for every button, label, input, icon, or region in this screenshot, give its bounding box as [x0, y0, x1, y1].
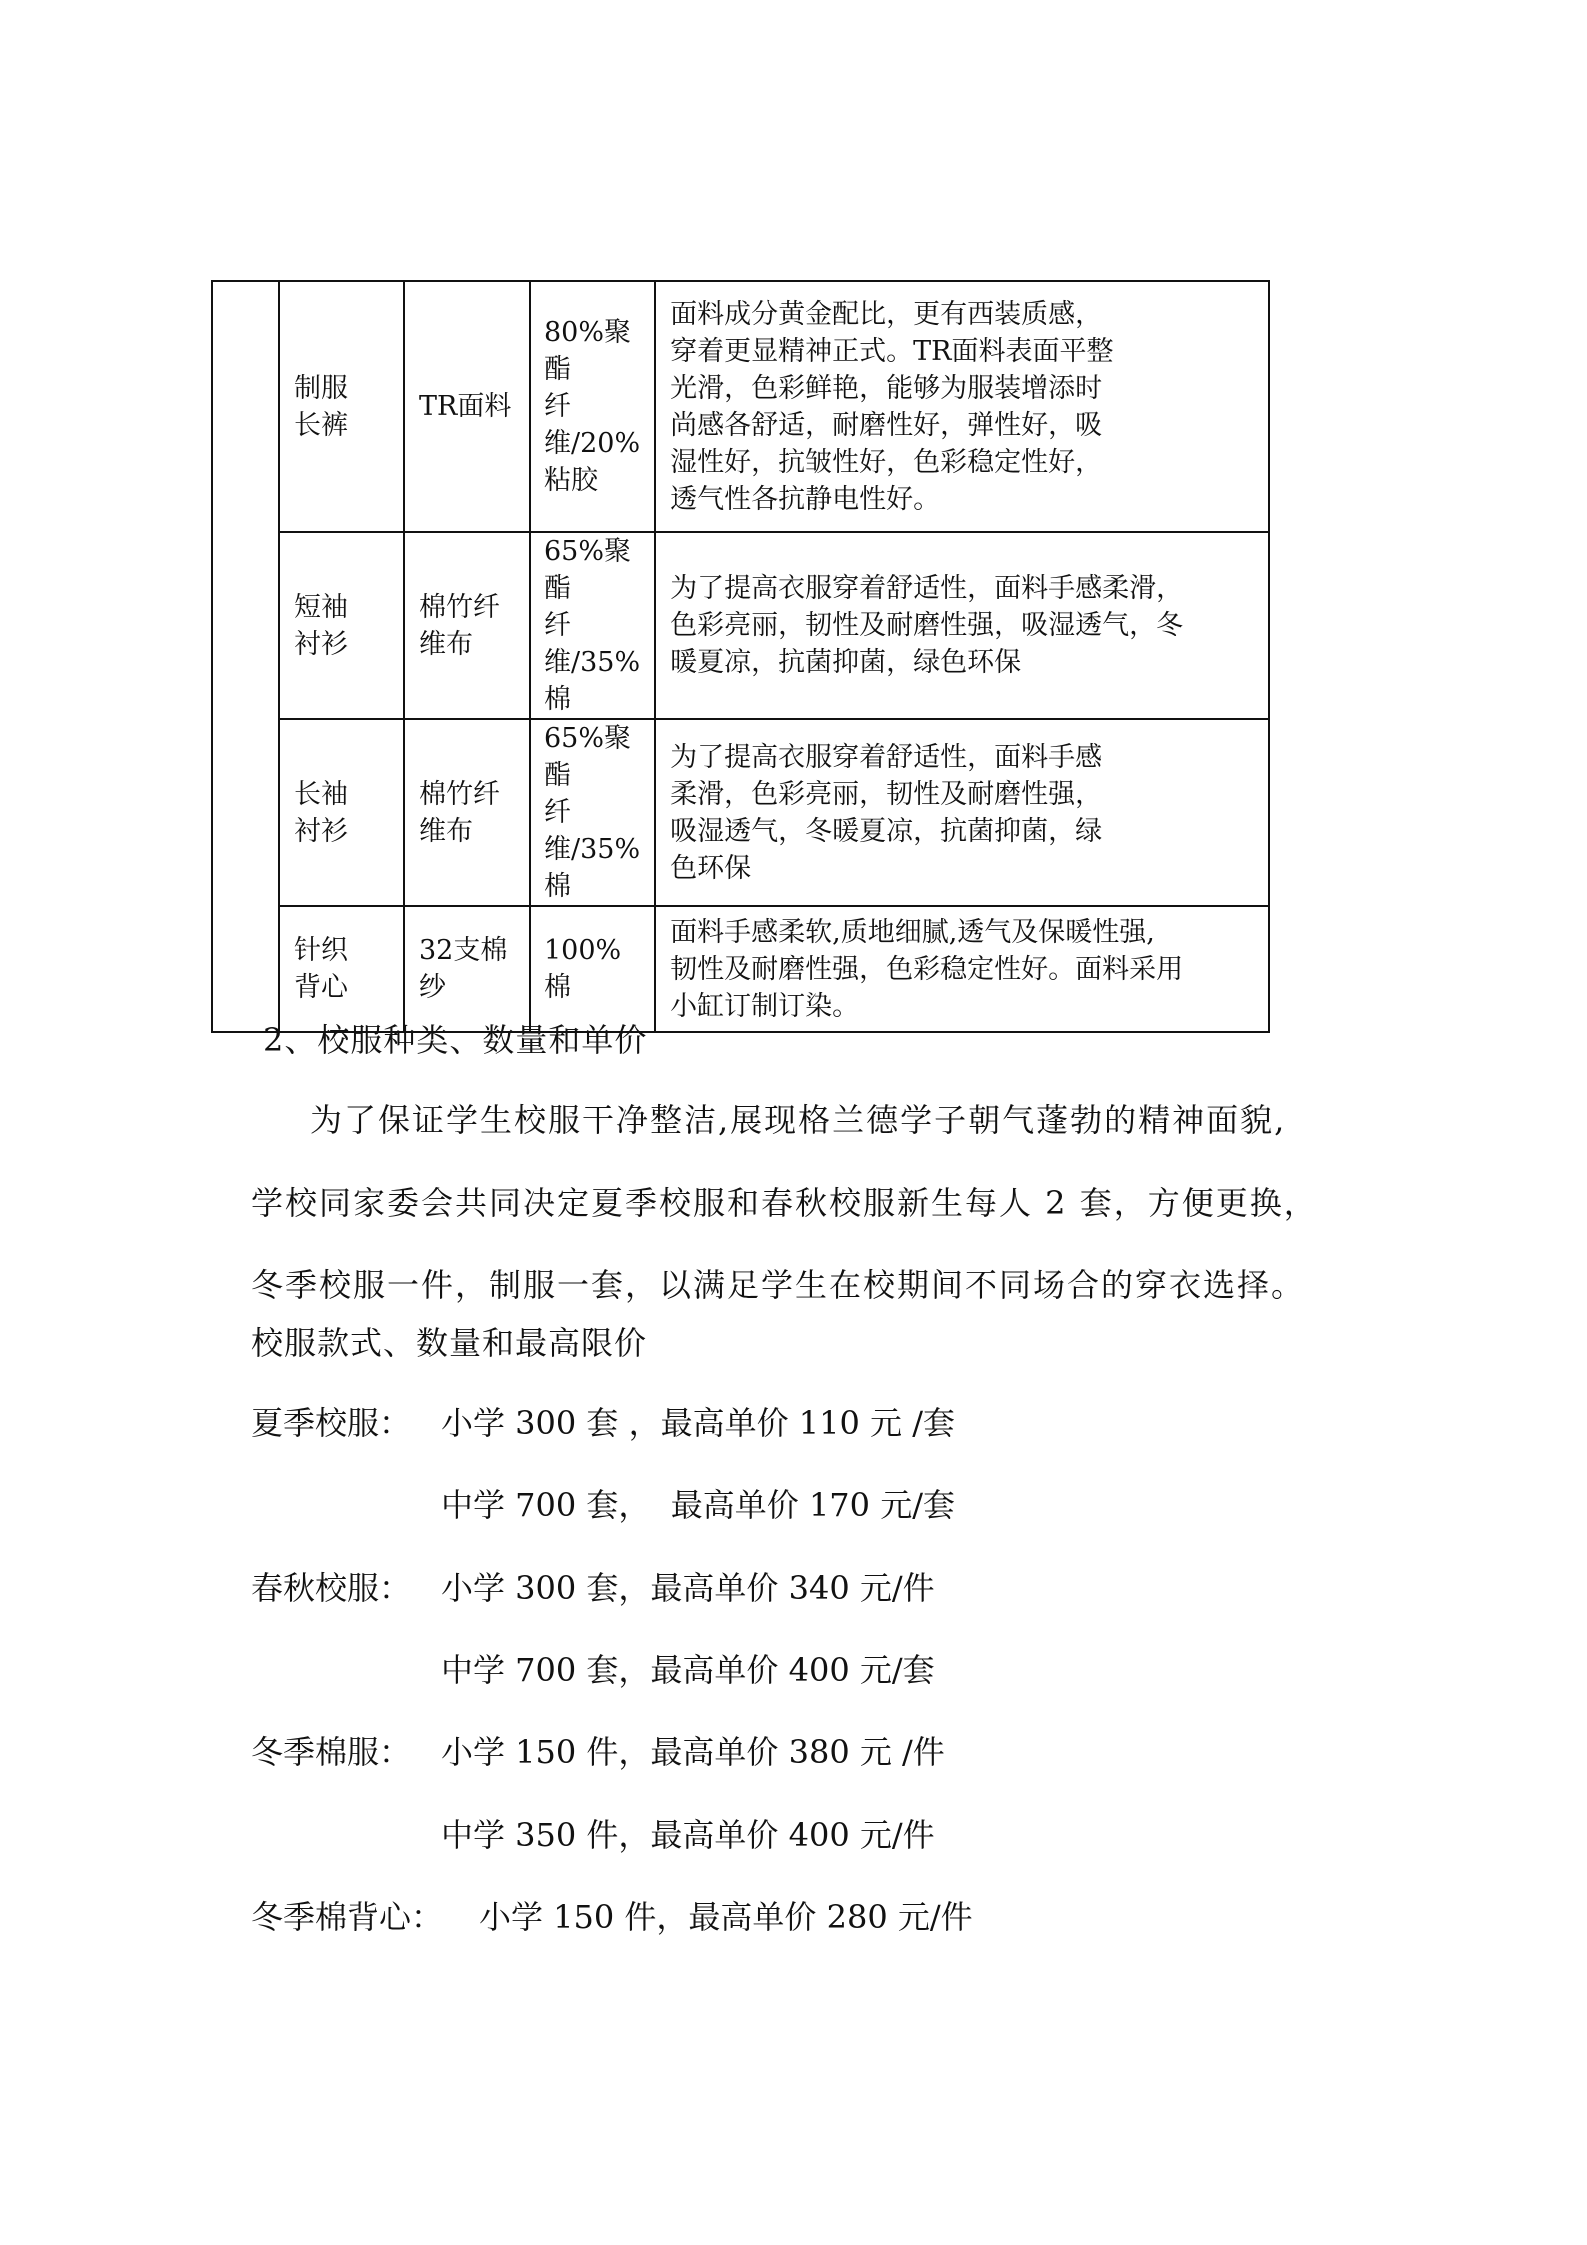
- price-detail: 小学 150 件，最高单价 380 元 /件: [441, 1732, 945, 1772]
- item-cell: 制服 长裤: [279, 281, 404, 532]
- item-cell: 长袖 衬衫: [279, 719, 404, 906]
- composition-cell: 100%棉: [530, 906, 655, 1032]
- fabric-cell: TR面料: [404, 281, 530, 532]
- price-list-subheading: 校服款式、数量和最高限价: [251, 1323, 647, 1363]
- table-row: 长袖 衬衫 棉竹纤 维布 65%聚酯 纤维/35% 棉 为了提高衣服穿着舒适性，…: [212, 719, 1269, 906]
- paragraph-line: 冬季校服一件，制服一套，以满足学生在校期间不同场合的穿衣选择。: [251, 1265, 1305, 1305]
- fabric-spec-table: 制服 长裤 TR面料 80%聚酯 纤维/20% 粘胶 面料成分黄金配比，更有西装…: [211, 280, 1270, 1033]
- description-cell: 为了提高衣服穿着舒适性，面料手感柔滑， 色彩亮丽，韧性及耐磨性强，吸湿透气，冬 …: [655, 532, 1269, 719]
- price-detail: 小学 300 套 ，最高单价 110 元 /套: [441, 1403, 955, 1443]
- composition-cell: 80%聚酯 纤维/20% 粘胶: [530, 281, 655, 532]
- fabric-cell: 32支棉 纱: [404, 906, 530, 1032]
- item-cell: 针织 背心: [279, 906, 404, 1032]
- composition-cell: 65%聚酯 纤维/35% 棉: [530, 719, 655, 906]
- paragraph-line: 为了保证学生校服干净整洁,展现格兰德学子朝气蓬勃的精神面貌,: [310, 1100, 1286, 1140]
- merged-category-cell: [212, 281, 279, 1032]
- price-list-item: 中学 350 件，最高单价 400 元/件: [251, 1815, 271, 1895]
- price-detail: 小学 150 件，最高单价 280 元/件: [479, 1897, 973, 1937]
- paragraph-line: 学校同家委会共同决定夏季校服和春秋校服新生每人 2 套，方便更换，: [251, 1183, 1318, 1223]
- section-heading: 2、校服种类、数量和单价: [263, 1020, 647, 1060]
- price-list-item: 中学 700 套， 最高单价 170 元/套: [251, 1485, 271, 1565]
- price-list-item: 中学 700 套，最高单价 400 元/套: [251, 1650, 271, 1730]
- table-row: 制服 长裤 TR面料 80%聚酯 纤维/20% 粘胶 面料成分黄金配比，更有西装…: [212, 281, 1269, 532]
- table-row: 短袖 衬衫 棉竹纤 维布 65%聚酯 纤维/35% 棉 为了提高衣服穿着舒适性，…: [212, 532, 1269, 719]
- price-list-item: 冬季棉背心： 小学 150 件，最高单价 280 元/件: [251, 1897, 271, 2017]
- price-detail: 中学 700 套，最高单价 400 元/套: [441, 1650, 935, 1690]
- price-category-label: 冬季棉服：: [251, 1732, 411, 1772]
- item-cell: 短袖 衬衫: [279, 532, 404, 719]
- table-row: 针织 背心 32支棉 纱 100%棉 面料手感柔软,质地细腻,透气及保暖性强, …: [212, 906, 1269, 1032]
- description-cell: 为了提高衣服穿着舒适性，面料手感 柔滑，色彩亮丽，韧性及耐磨性强， 吸湿透气，冬…: [655, 719, 1269, 906]
- price-category-label: 夏季校服：: [251, 1403, 411, 1443]
- fabric-cell: 棉竹纤 维布: [404, 532, 530, 719]
- composition-cell: 65%聚酯 纤维/35% 棉: [530, 532, 655, 719]
- price-category-label: 冬季棉背心：: [251, 1897, 443, 1937]
- description-cell: 面料成分黄金配比，更有西装质感， 穿着更显精神正式。TR面料表面平整 光滑，色彩…: [655, 281, 1269, 532]
- fabric-cell: 棉竹纤 维布: [404, 719, 530, 906]
- price-detail: 中学 350 件，最高单价 400 元/件: [441, 1815, 935, 1855]
- price-detail: 中学 700 套， 最高单价 170 元/套: [441, 1485, 955, 1525]
- price-detail: 小学 300 套，最高单价 340 元/件: [441, 1568, 935, 1608]
- description-cell: 面料手感柔软,质地细腻,透气及保暖性强, 韧性及耐磨性强，色彩稳定性好。面料采用…: [655, 906, 1269, 1032]
- price-category-label: 春秋校服：: [251, 1568, 411, 1608]
